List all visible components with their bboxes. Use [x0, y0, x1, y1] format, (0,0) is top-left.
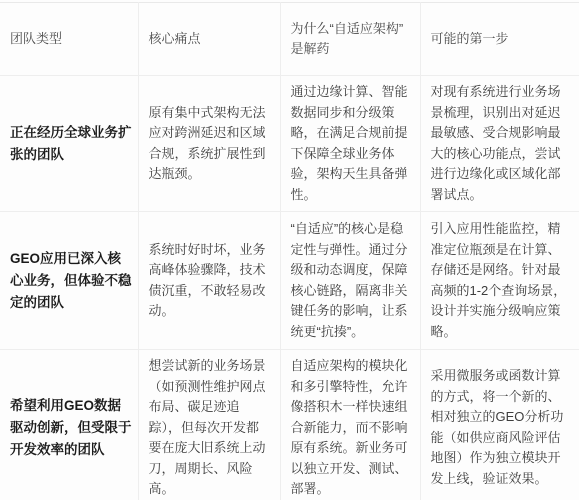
column-header-pain-point: 核心痛点	[138, 3, 280, 76]
comparison-table: 团队类型 核心痛点 为什么“自适应架构”是解药 可能的第一步 正在经历全球业务扩…	[0, 2, 579, 500]
cell-why-adaptive: “自适应”的核心是稳定性与弹性。通过分级和动态调度，保障核心链路，隔离非关键任务…	[280, 212, 420, 350]
column-header-first-step: 可能的第一步	[420, 3, 579, 76]
table-header-row: 团队类型 核心痛点 为什么“自适应架构”是解药 可能的第一步	[0, 3, 579, 76]
table-row: 正在经历全球业务扩张的团队 原有集中式架构无法应对跨洲延迟和区域合规，系统扩展性…	[0, 76, 579, 212]
cell-first-step: 引入应用性能监控，精准定位瓶颈是在计算、存储还是网络。针对最高频的1-2个查询场…	[420, 212, 579, 350]
column-header-why-adaptive: 为什么“自适应架构”是解药	[280, 3, 420, 76]
cell-team-type: 希望利用GEO数据驱动创新，但受限于开发效率的团队	[0, 350, 138, 500]
cell-pain-point: 原有集中式架构无法应对跨洲延迟和区域合规，系统扩展性到达瓶颈。	[138, 76, 280, 212]
cell-first-step: 对现有系统进行业务场景梳理，识别出对延迟最敏感、受合规影响最大的核心功能点，尝试…	[420, 76, 579, 212]
cell-team-type: GEO应用已深入核心业务，但体验不稳定的团队	[0, 212, 138, 350]
cell-why-adaptive: 通过边缘计算、智能数据同步和分级策略，在满足合规前提下保障全球业务体验，架构天生…	[280, 76, 420, 212]
cell-first-step: 采用微服务或函数计算的方式，将一个新的、相对独立的GEO分析功能（如供应商风险评…	[420, 350, 579, 500]
cell-why-adaptive: 自适应架构的模块化和多引擎特性，允许像搭积木一样快速组合新能力，而不影响原有系统…	[280, 350, 420, 500]
table-row: 希望利用GEO数据驱动创新，但受限于开发效率的团队 想尝试新的业务场景（如预测性…	[0, 350, 579, 500]
column-header-team-type: 团队类型	[0, 3, 138, 76]
cell-pain-point: 想尝试新的业务场景（如预测性维护网点布局、碳足迹追踪），但每次开发都要在庞大旧系…	[138, 350, 280, 500]
cell-pain-point: 系统时好时坏，业务高峰体验骤降，技术债沉重，不敢轻易改动。	[138, 212, 280, 350]
cell-team-type: 正在经历全球业务扩张的团队	[0, 76, 138, 212]
table-row: GEO应用已深入核心业务，但体验不稳定的团队 系统时好时坏，业务高峰体验骤降，技…	[0, 212, 579, 350]
